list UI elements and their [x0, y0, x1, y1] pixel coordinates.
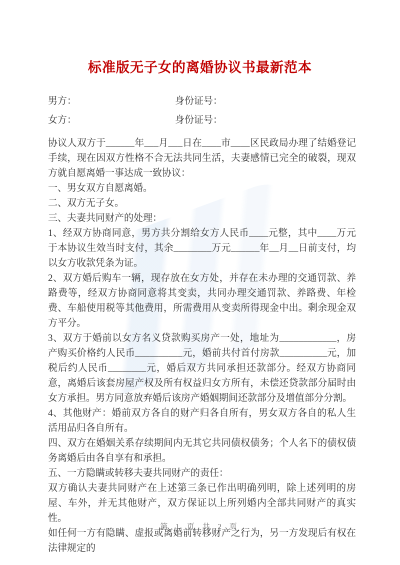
document-body: 男方： 身份证号： 女方： 身份证号： 协议人双方于______年___月___…: [0, 93, 400, 557]
document-title: 标准版无子女的离婚协议书最新范本: [0, 0, 400, 76]
husband-id-label: 身份证号：: [175, 93, 356, 112]
wife-id-label: 身份证号：: [175, 112, 356, 131]
parties-block: 男方： 身份证号： 女方： 身份证号：: [48, 93, 356, 130]
party-row-husband: 男方： 身份证号：: [48, 93, 356, 112]
agreement-text: 协议人双方于______年___月___日在____市____区民政局办理了结婚…: [48, 137, 356, 557]
husband-label: 男方：: [48, 93, 175, 112]
paragraph-clause-3-1: 1、经双方协商同意，男方共分割给女方人民币____元整，其中____万元于本协议…: [48, 227, 356, 272]
paragraph-clause-2: 二、双方无子女。: [48, 197, 356, 212]
party-row-wife: 女方： 身份证号：: [48, 112, 356, 131]
paragraph-clause-4: 四、双方在婚姻关系存续期间内无其它共同债权债务；个人名下的债权债务离婚后由各自享…: [48, 437, 356, 467]
paragraph-clause-3: 三、夫妻共同财产的处理：: [48, 212, 356, 227]
paragraph-clause-3-4: 4、其他财产：婚前双方各自的财产归各自所有，男女双方各自的私人生活用品归各自所有…: [48, 407, 356, 437]
paragraph-clause-3-2: 2、双方婚后购车一辆，现存放在女方处，并存在未办理的交通罚款、养路费等，经双方协…: [48, 272, 356, 332]
paragraph-intro: 协议人双方于______年___月___日在____市____区民政局办理了结婚…: [48, 137, 356, 182]
document-page: 标准版无子女的离婚协议书最新范本 男方： 身份证号： 女方： 身份证号： 协议人…: [0, 0, 400, 565]
paragraph-clause-5: 五、一方隐瞒或转移夫妻共同财产的责任：: [48, 467, 356, 482]
paragraph-clause-3-3: 3、双方于婚前以女方名义贷款购买房产一处，地址为____________，房产购…: [48, 332, 356, 407]
paragraph-clause-1: 一、男女双方自愿离婚。: [48, 182, 356, 197]
page-number: 第 1 页 共 2 页: [0, 521, 400, 532]
wife-label: 女方：: [48, 112, 175, 131]
